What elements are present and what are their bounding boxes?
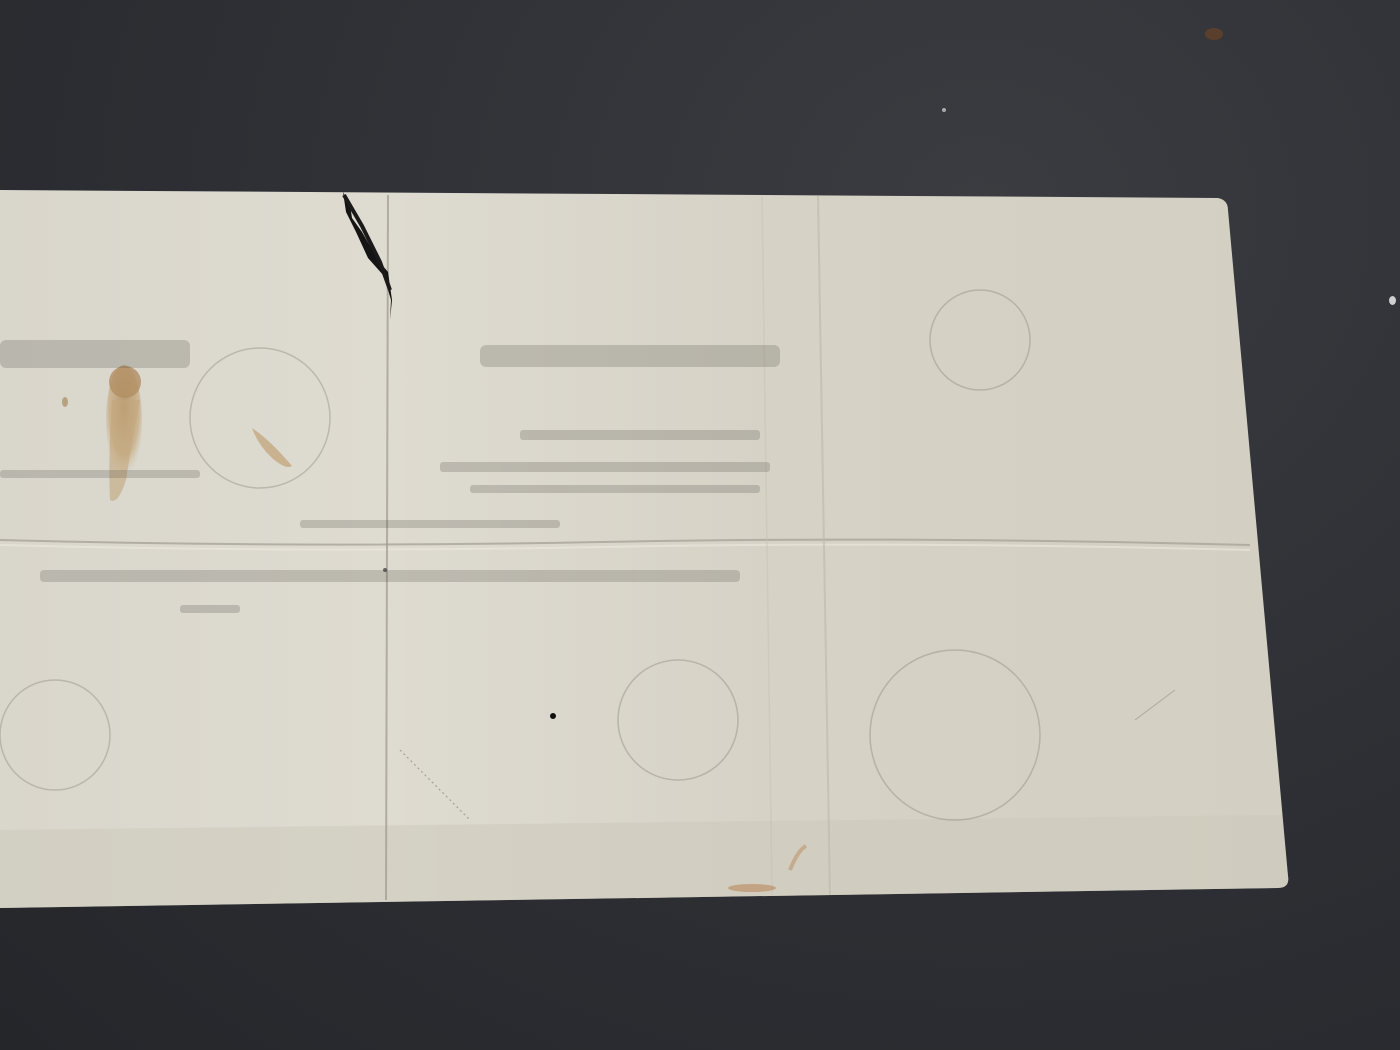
photo-scene bbox=[0, 0, 1400, 1050]
banknote bbox=[0, 0, 1400, 1050]
rust-mark bbox=[728, 884, 776, 892]
ink-dot bbox=[550, 713, 556, 719]
